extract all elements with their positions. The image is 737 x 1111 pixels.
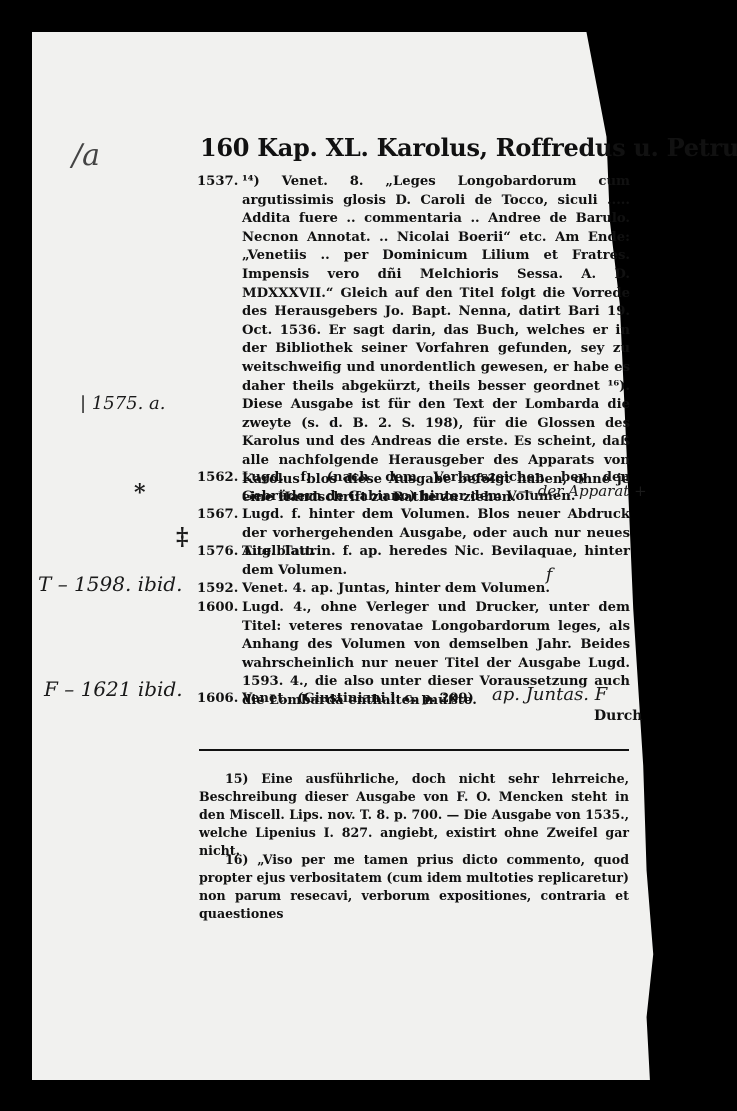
- footnote-text: „Viso per me tamen prius dicto commento,…: [199, 852, 629, 921]
- footnote-number: 15): [199, 771, 248, 786]
- edition-entry: 1592. Venet. 4. ap. Juntas, hinter dem V…: [197, 580, 630, 599]
- running-head: 160Kap. XL. Karolus, Roffredus u. Petrus…: [200, 133, 737, 162]
- handwritten-note: F – 1621 ibid.: [44, 677, 183, 701]
- footnote-divider: [199, 749, 629, 751]
- edition-year: 1567.: [197, 506, 238, 525]
- catchword: Durch: [594, 708, 642, 724]
- handwritten-note: f: [546, 565, 552, 585]
- edition-year: 1562.: [197, 469, 238, 488]
- edition-year: 1600.: [197, 599, 238, 618]
- handwritten-note: ap. Juntas. F: [492, 684, 607, 705]
- page-number: 160: [200, 133, 249, 162]
- edition-entry: 1576. Aug. Taurin. f. ap. heredes Nic. B…: [197, 543, 630, 580]
- footnote-text: Eine ausführliche, doch nicht sehr lehrr…: [199, 771, 629, 858]
- handwritten-note: T – 1598. ibid.: [38, 572, 182, 596]
- handwritten-note: | 1575. a.: [80, 393, 166, 414]
- handwritten-note: — der Apparat +: [518, 482, 647, 500]
- footnote: 15) Eine ausführliche, doch nicht sehr l…: [199, 770, 629, 860]
- handwritten-note: /a: [72, 138, 100, 173]
- edition-year: 1576.: [197, 543, 238, 562]
- handwritten-note: *: [134, 480, 146, 506]
- footnote-number: 16): [199, 852, 248, 867]
- edition-entry: 1537. ¹⁴) Venet. 8. „Leges Longobardorum…: [197, 173, 630, 508]
- handwritten-note: ‡: [176, 522, 189, 551]
- footnote: 16) „Viso per me tamen prius dicto comme…: [199, 851, 629, 923]
- edition-year: 1592.: [197, 580, 238, 599]
- edition-year: 1537.: [197, 173, 238, 192]
- running-head-title: Kap. XL. Karolus, Roffredus u. Petrus.: [257, 133, 737, 162]
- edition-year: 1606.: [197, 690, 238, 709]
- edition-text: Aug. Taurin. f. ap. heredes Nic. Bevilaq…: [197, 543, 630, 580]
- edition-text: Venet. 4. ap. Juntas, hinter dem Volumen…: [197, 580, 630, 599]
- edition-text: ¹⁴) Venet. 8. „Leges Longobardorum cum a…: [197, 173, 630, 508]
